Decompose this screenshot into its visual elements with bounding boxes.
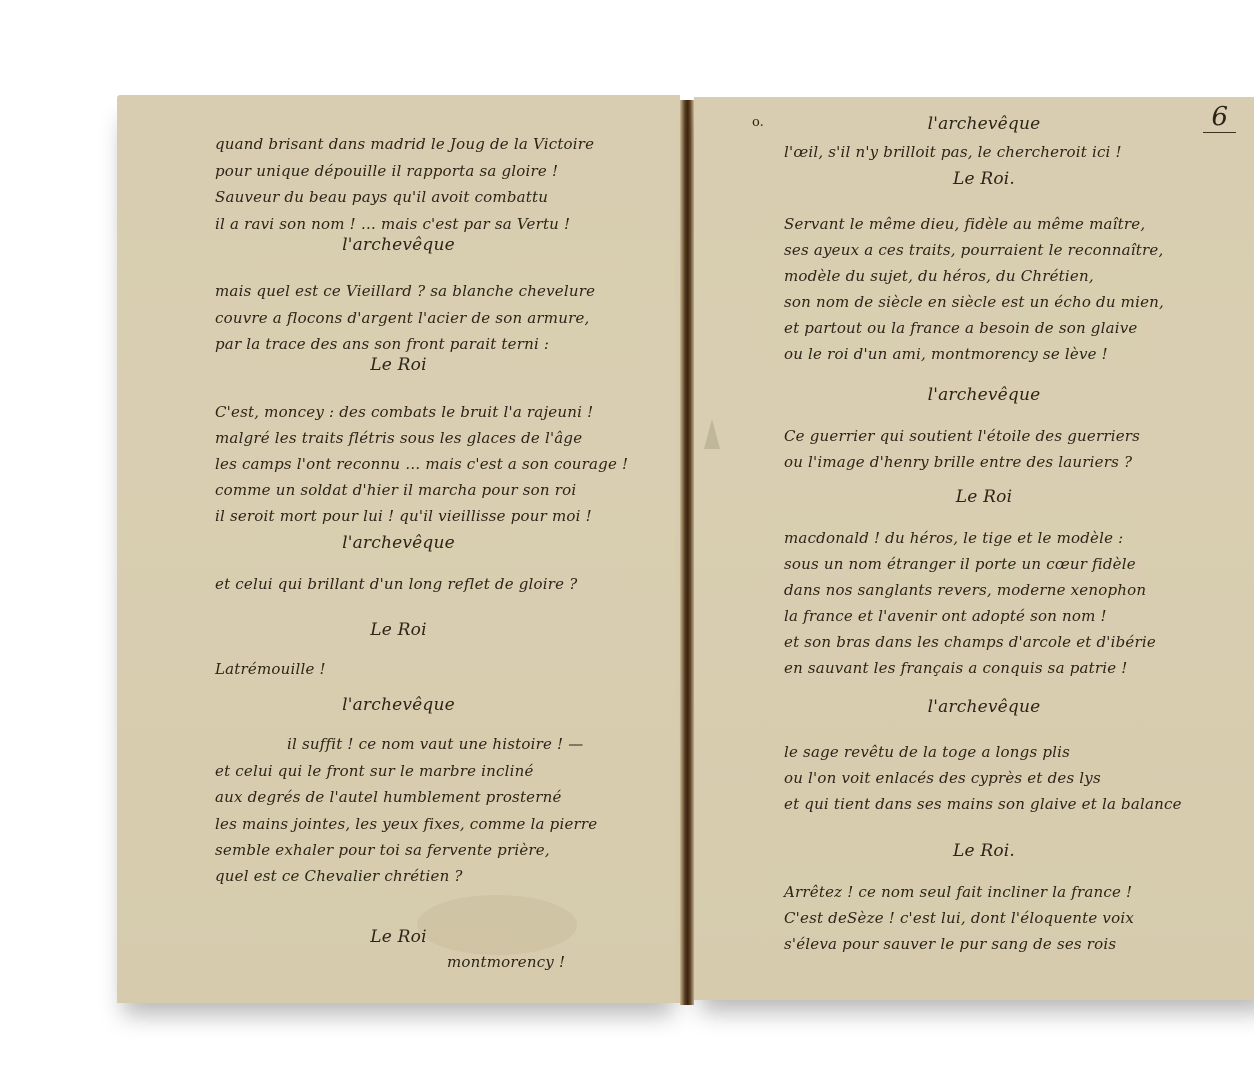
verse-line: ou l'image d'henry brille entre des laur… [694,453,1254,471]
verse-line: montmorency ! [117,953,680,971]
verse-line: modèle du sujet, du héros, du Chrétien, [694,267,1254,285]
speaker-name: Le Roi. [694,169,1254,189]
verse-line: aux degrés de l'autel humblement proster… [117,788,680,806]
verse-line: la france et l'avenir ont adopté son nom… [694,607,1254,625]
verse-line: il a ravi son nom ! … mais c'est par sa … [117,215,680,233]
verse-line: Servant le même dieu, fidèle au même maî… [694,215,1254,233]
verse-line: mais quel est ce Vieillard ? sa blanche … [117,282,680,300]
left-page: quand brisant dans madrid le Joug de la … [117,95,680,1003]
speaker-name: Le Roi [117,355,680,375]
verse-line: macdonald ! du héros, le tige et le modè… [694,529,1254,547]
speaker-name: l'archevêque [117,695,680,715]
verse-line: s'éleva pour sauver le pur sang de ses r… [694,935,1254,953]
speaker-name: Le Roi. [694,841,1254,861]
verse-line: ou le roi d'un ami, montmorency se lève … [694,345,1254,363]
verse-line: en sauvant les français a conquis sa pat… [694,659,1254,677]
verse-line: le sage revêtu de la toge a longs plis [694,743,1254,761]
verse-line: dans nos sanglants revers, moderne xenop… [694,581,1254,599]
verse-line: les camps l'ont reconnu … mais c'est a s… [117,455,680,473]
speaker-name: l'archevêque [117,235,680,255]
verse-line: Arrêtez ! ce nom seul fait incliner la f… [694,883,1254,901]
speaker-name: l'archevêque [694,385,1254,405]
speaker-name: l'archevêque [694,697,1254,717]
verse-line: pour unique dépouille il rapporta sa glo… [117,162,680,180]
speaker-name: Le Roi [117,620,680,640]
speaker-name: l'archevêque [694,114,1254,134]
book-spine [680,100,694,1005]
verse-line: il seroit mort pour lui ! qu'il vieillis… [117,507,680,525]
verse-line: Sauveur du beau pays qu'il avoit combatt… [117,188,680,206]
verse-line: malgré les traits flétris sous les glace… [117,429,680,447]
verse-line: il suffit ! ce nom vaut une histoire ! — [117,735,680,753]
verse-line: et celui qui le front sur le marbre incl… [117,762,680,780]
verse-line: les mains jointes, les yeux fixes, comme… [117,815,680,833]
verse-line: et partout ou la france a besoin de son … [694,319,1254,337]
verse-line: quand brisant dans madrid le Joug de la … [117,135,680,153]
verse-line: et celui qui brillant d'un long reflet d… [117,575,680,593]
verse-line: C'est deSèze ! c'est lui, dont l'éloquen… [694,909,1254,927]
verse-line: ses ayeux a ces traits, pourraient le re… [694,241,1254,259]
verse-line: Ce guerrier qui soutient l'étoile des gu… [694,427,1254,445]
verse-line: son nom de siècle en siècle est un écho … [694,293,1254,311]
verse-line: ou l'on voit enlacés des cyprès et des l… [694,769,1254,787]
verse-line: comme un soldat d'hier il marcha pour so… [117,481,680,499]
verse-line: par la trace des ans son front parait te… [117,335,680,353]
verse-line: l'œil, s'il n'y brilloit pas, le cherche… [694,143,1254,161]
speaker-name: Le Roi [117,927,680,947]
verse-line: et son bras dans les champs d'arcole et … [694,633,1254,651]
verse-line: couvre a flocons d'argent l'acier de son… [117,309,680,327]
verse-line: et qui tient dans ses mains son glaive e… [694,795,1254,813]
verse-line: sous un nom étranger il porte un cœur fi… [694,555,1254,573]
speaker-name: Le Roi [694,487,1254,507]
verse-line: Latrémouille ! [117,660,680,678]
verse-line: semble exhaler pour toi sa fervente priè… [117,841,680,859]
verse-line: C'est, moncey : des combats le bruit l'a… [117,403,680,421]
speaker-name: l'archevêque [117,533,680,553]
right-page: o. 6 l'archevêquel'œil, s'il n'y brilloi… [694,97,1254,1000]
verse-line: quel est ce Chevalier chrétien ? [117,867,680,885]
